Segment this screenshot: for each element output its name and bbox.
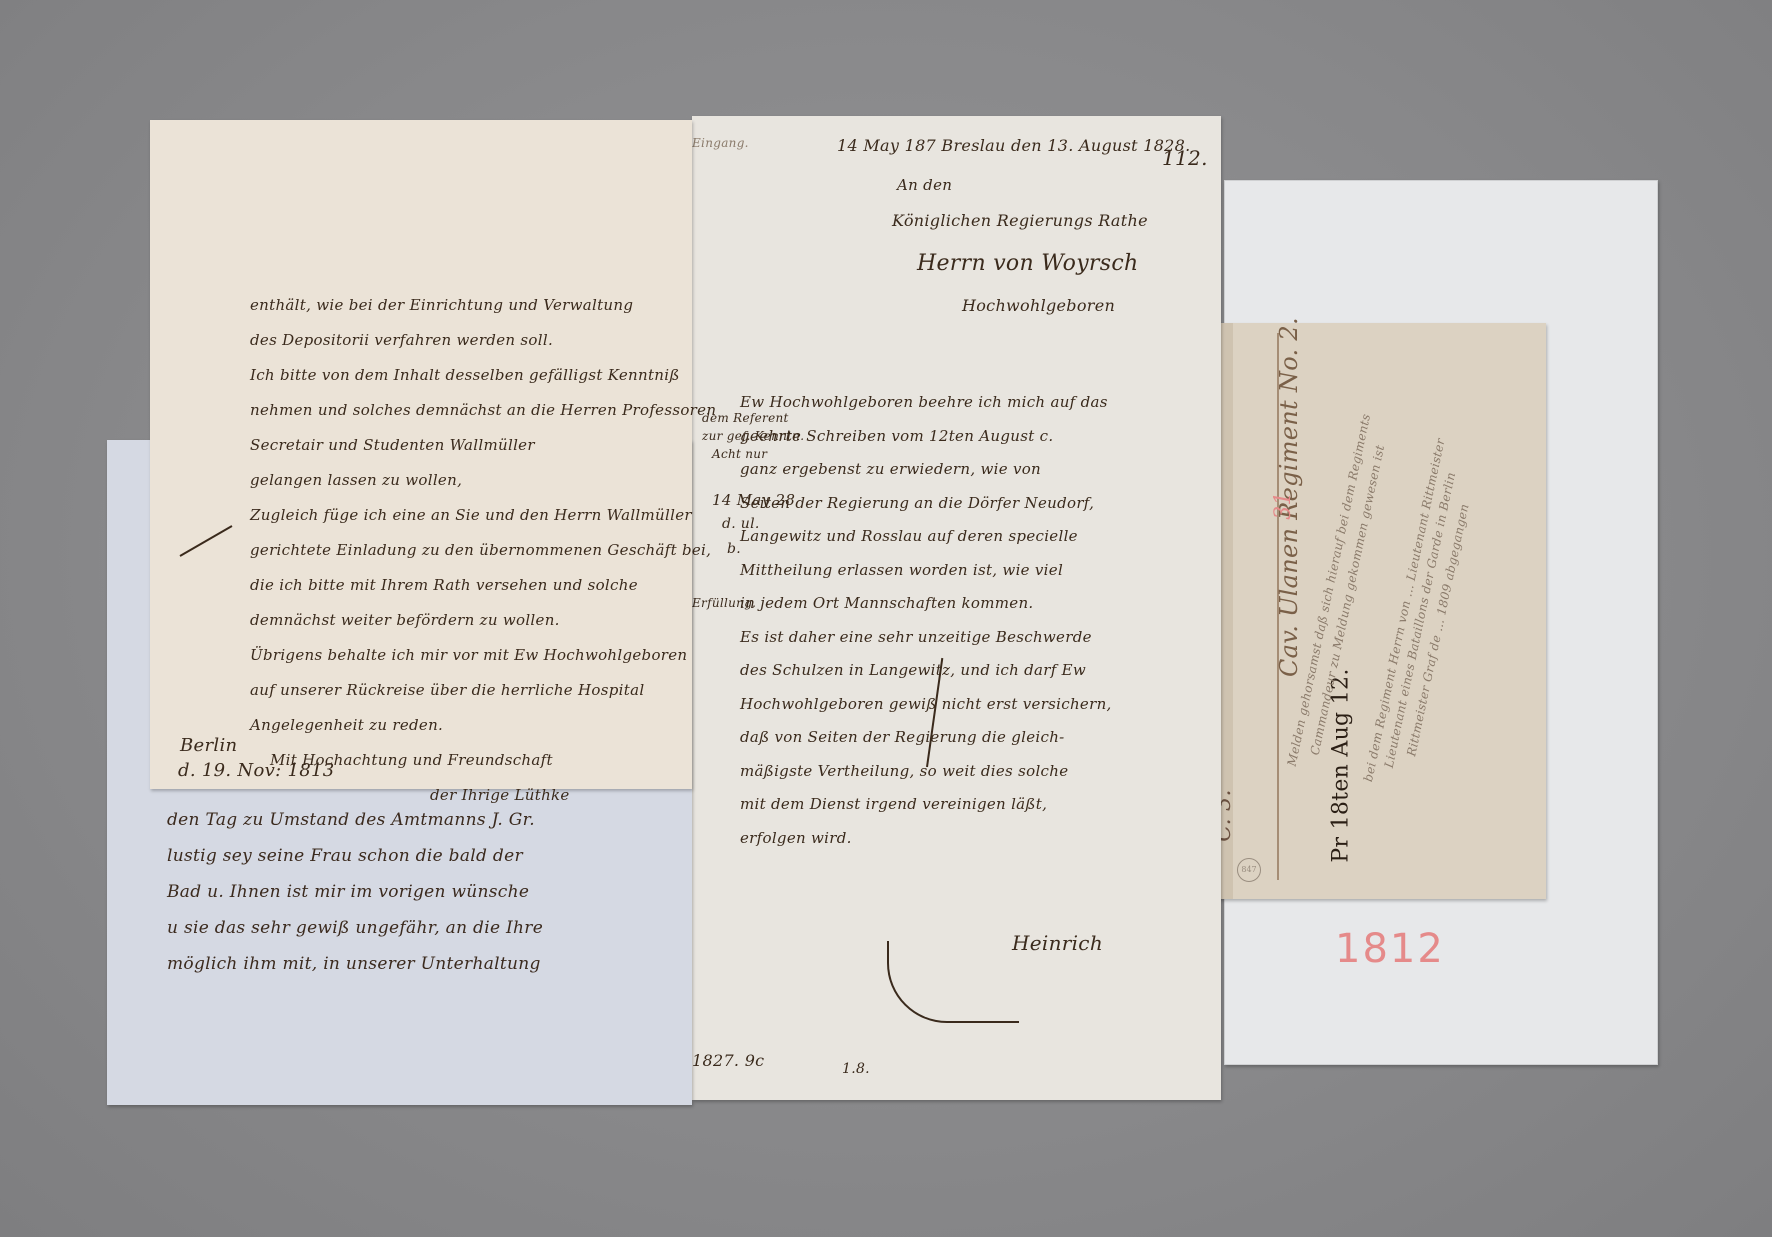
left-letter-text: enthält, wie bei der Einrichtung und Ver… (250, 288, 716, 813)
blue-letter-text: den Tag zu Umstand des Amtmanns J. Gr. l… (167, 802, 543, 982)
header-line: 14 May 187 Breslau den 13. August 1828. (837, 136, 1191, 155)
addressee-2: Königlichen Regierungs Rathe (892, 211, 1148, 230)
place: Berlin (180, 735, 237, 756)
addressee-3: Herrn von Woyrsch (917, 251, 1138, 276)
pen-stroke-mark (180, 525, 233, 557)
margin-note-top: Eingang. (692, 136, 749, 150)
letter-left: enthält, wie bei der Einrichtung und Ver… (150, 120, 692, 789)
footer-mid: 1.8. (842, 1061, 870, 1077)
signature: Heinrich (1012, 931, 1103, 955)
letter-middle: 14 May 187 Breslau den 13. August 1828. … (692, 116, 1221, 1100)
envelope-text: Melden gehorsamst daß sich hierauf bei d… (1309, 323, 1539, 899)
date: d. 19. Nov: 1813 (178, 760, 334, 781)
signature-flourish (887, 941, 1019, 1023)
page-number: 112. (1162, 146, 1208, 170)
footer-left: 1827. 9c (692, 1051, 764, 1070)
envelope-fragment: Cav. Ulanen Regiment No. 2. 31 C. 3. Pr … (1209, 323, 1546, 899)
addressee-4: Hochwohlgeboren (962, 296, 1115, 315)
addressee-1: An den (897, 176, 952, 194)
year-annotation: 1812 (1335, 926, 1445, 972)
envelope-stamp: 847 (1237, 858, 1261, 882)
margin-note-6: b. (727, 541, 741, 557)
red-number: 31 (1271, 491, 1296, 520)
